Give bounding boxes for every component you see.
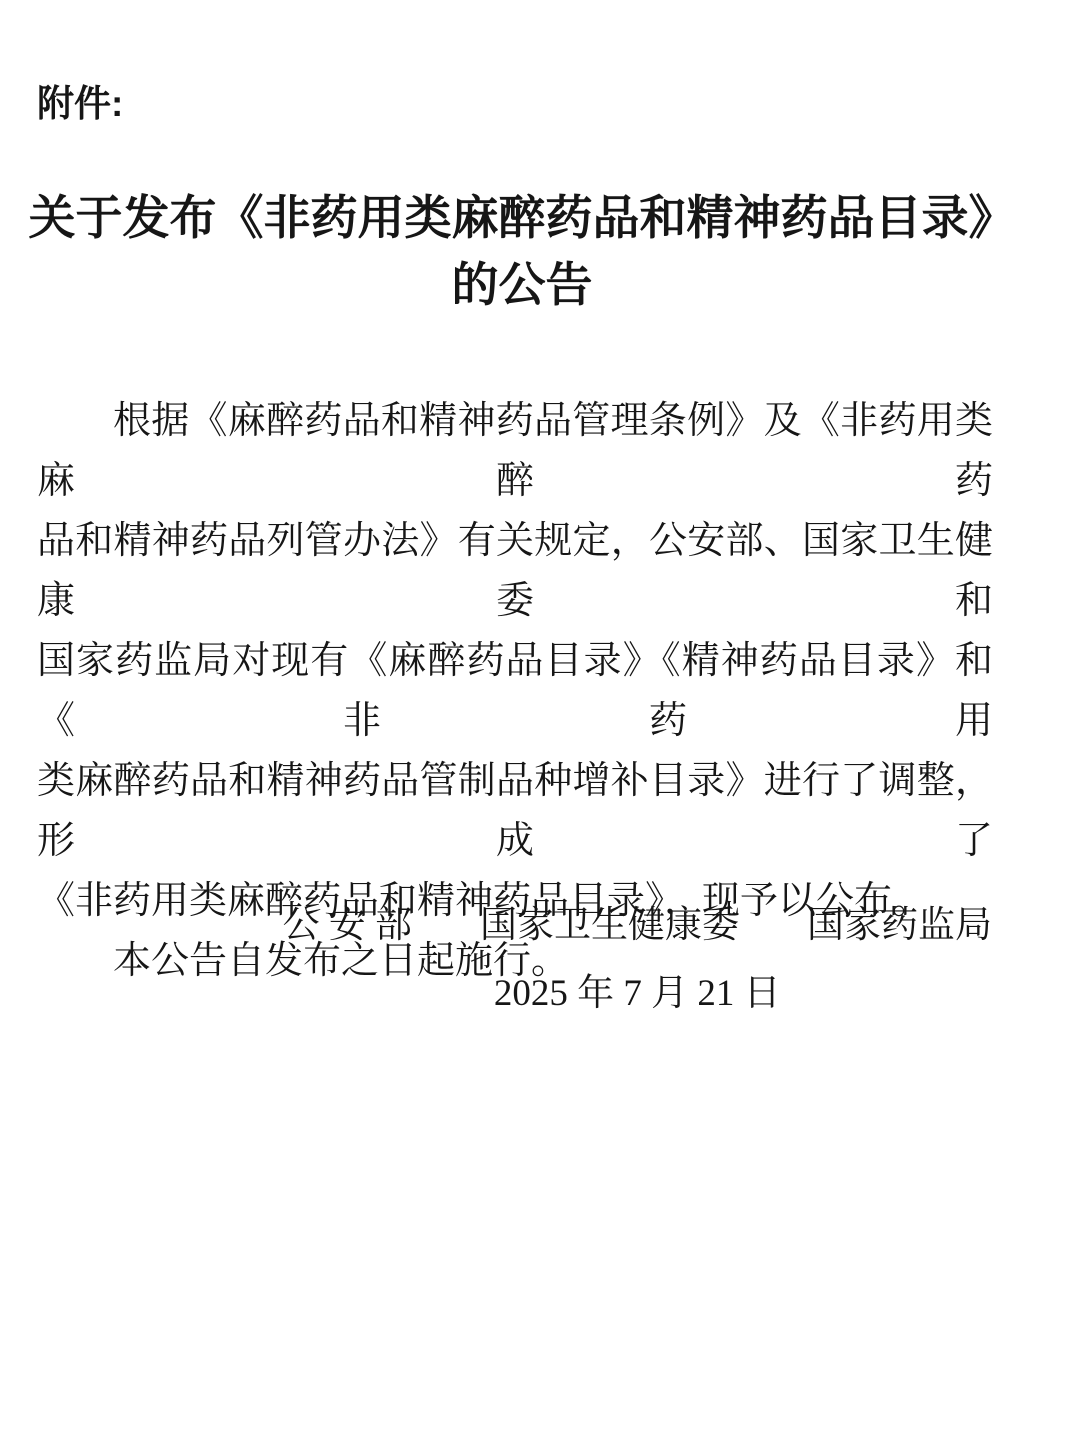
title-line-1: 关于发布《非药用类麻醉药品和精神药品目录》 — [0, 186, 1044, 253]
attachment-label: 附件: — [37, 82, 123, 126]
body-paragraph1-line1: 根据《麻醉药品和精神药品管理条例》及《非药用类麻醉药 — [37, 391, 993, 511]
title-line-2: 的公告 — [0, 253, 1044, 320]
signature-date: 2025 年 7 月 21 日 — [283, 964, 993, 1024]
body-paragraph1-line2: 品和精神药品列管办法》有关规定，公安部、国家卫生健康委和 — [37, 511, 993, 631]
body-paragraph1-line3: 国家药监局对现有《麻醉药品目录》《精神药品目录》和《非药用 — [37, 631, 993, 751]
agency-national-medical-products-administration: 国家药监局 — [807, 896, 992, 956]
signature-block: 公 安 部 国家卫生健康委 国家药监局 2025 年 7 月 21 日 — [283, 896, 993, 1024]
body-paragraph1-line4: 类麻醉药品和精神药品管制品种增补目录》进行了调整，形成了 — [37, 751, 993, 871]
document-title: 关于发布《非药用类麻醉药品和精神药品目录》 的公告 — [0, 186, 1044, 320]
signature-agencies: 公 安 部 国家卫生健康委 国家药监局 — [283, 896, 993, 956]
agency-ministry-of-public-security: 公 安 部 — [283, 896, 413, 956]
document-page: 附件: 关于发布《非药用类麻醉药品和精神药品目录》 的公告 根据《麻醉药品和精神… — [0, 0, 1080, 1436]
agency-national-health-commission: 国家卫生健康委 — [480, 896, 739, 956]
